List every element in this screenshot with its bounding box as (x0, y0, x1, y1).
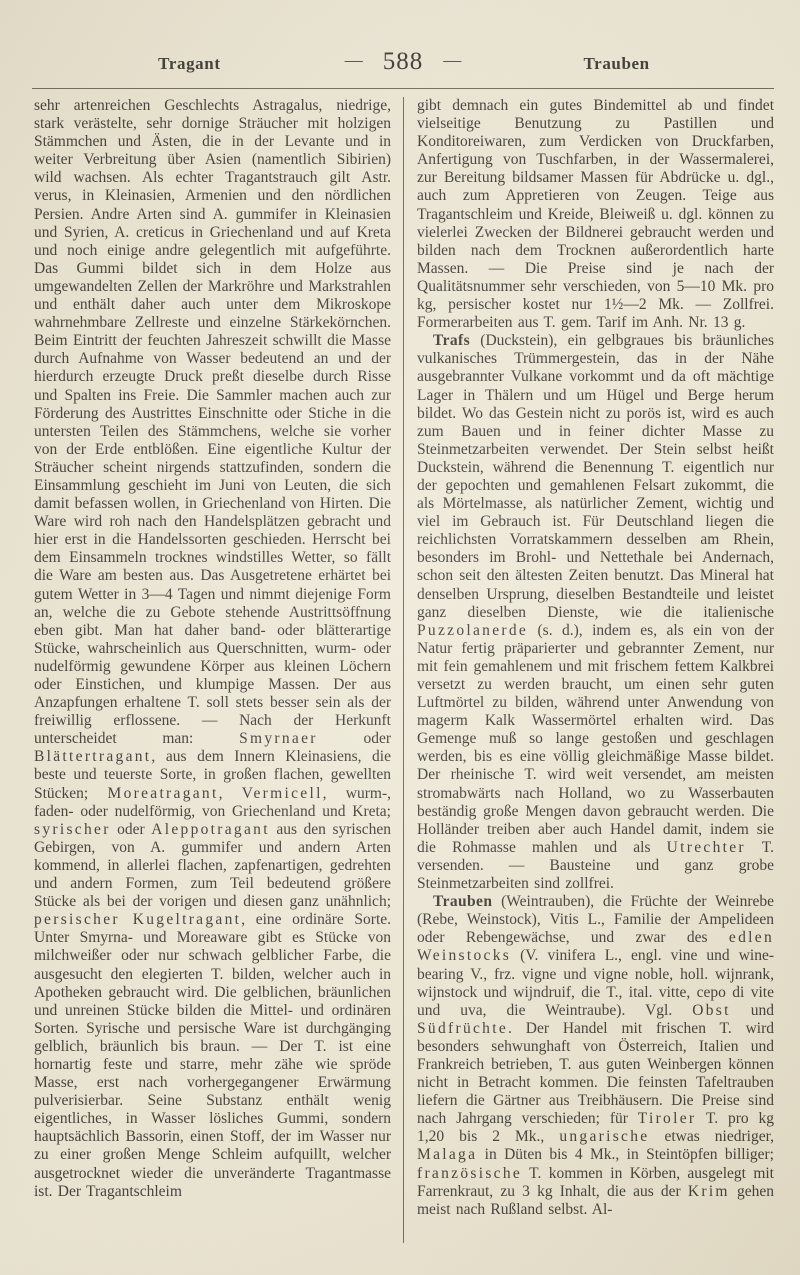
dash-left: — (345, 50, 363, 71)
entry-tragant-end: gibt demnach ein gutes Bindemittel ab un… (417, 97, 774, 332)
text-column-right: gibt demnach ein gutes Bindemittel ab un… (403, 97, 774, 1243)
entry-trafs: Trafs (Duckstein), ein gelbgraues bis br… (417, 332, 774, 893)
header-rule (32, 88, 774, 89)
book-page: Tragant — 588 — Trauben sehr artenreiche… (0, 0, 800, 1275)
running-header: Tragant — 588 — Trauben (34, 48, 772, 76)
dash-right: — (443, 50, 461, 71)
entry-trauben: Trauben (Weintrauben), die Früchte der W… (417, 893, 774, 1219)
running-head-right: Trauben (461, 54, 772, 74)
page-number: 588 (383, 48, 424, 76)
text-column-left: sehr artenreichen Geschlechts Astragalus… (34, 97, 403, 1243)
running-head-left: Tragant (34, 54, 345, 74)
entry-tragant-continuation: sehr artenreichen Geschlechts Astragalus… (34, 97, 391, 1201)
page-number-group: — 588 — (345, 48, 462, 76)
text-body: sehr artenreichen Geschlechts Astragalus… (34, 97, 774, 1247)
